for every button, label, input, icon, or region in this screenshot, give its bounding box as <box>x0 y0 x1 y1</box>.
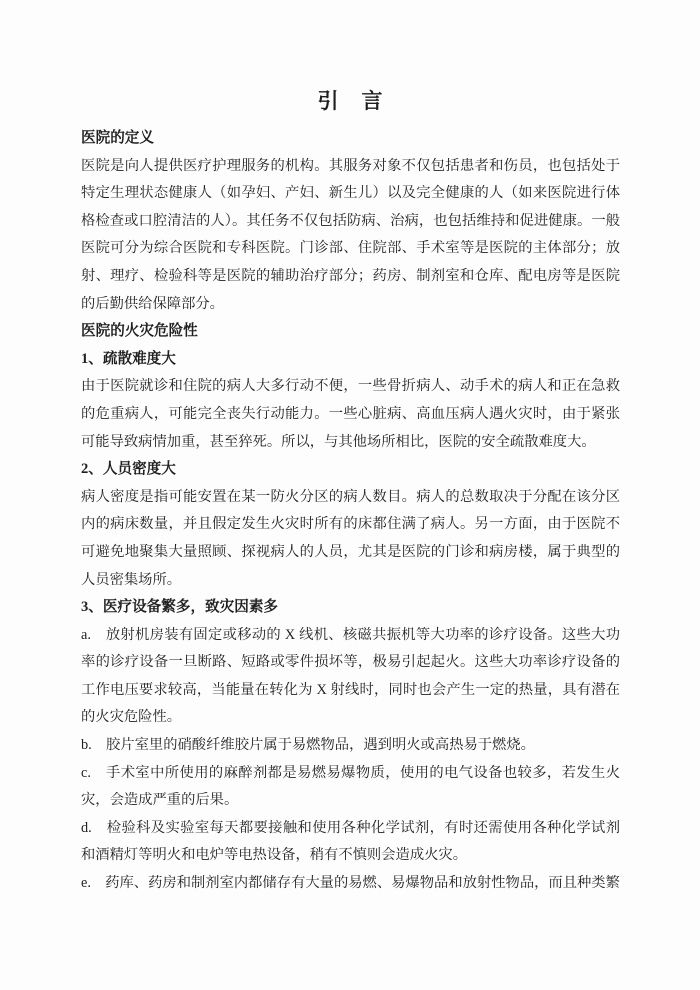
para-item-c: c. 手术室中所使用的麻醉剂都是易燃易爆物质，使用的电气设备也较多，若发生火灾，… <box>81 760 620 815</box>
para-evacuation-difficulty: 由于医院就诊和住院的病人大多行动不便，一些骨折病人、动手术的病人和正在急救的危重… <box>81 373 620 456</box>
document-page: 引 言 医院的定义 医院是向人提供医疗护理服务的机构。其服务对象不仅包括患者和伤… <box>0 0 700 990</box>
heading-hospital-definition: 医院的定义 <box>81 125 620 153</box>
para-item-a: a. 放射机房装有固定或移动的 X 线机、核磁共振机等大功率的诊疗设备。这些大功… <box>81 622 620 732</box>
para-item-b: b. 胶片室里的硝酸纤维胶片属于易燃物品，遇到明火或高热易于燃烧。 <box>81 732 620 760</box>
heading-equipment-factors: 3、医疗设备繁多，致灾因素多 <box>81 594 620 622</box>
para-hospital-definition: 医院是向人提供医疗护理服务的机构。其服务对象不仅包括患者和伤员，也包括处于特定生… <box>81 153 620 319</box>
para-item-d: d. 检验科及实验室每天都要接触和使用各种化学试剂，有时还需使用各种化学试剂和酒… <box>81 815 620 870</box>
heading-fire-risk: 医院的火灾危险性 <box>81 318 620 346</box>
para-item-e: e. 药库、药房和制剂室内都储存有大量的易燃、易爆物品和放射性物品，而且种类繁 <box>81 870 620 898</box>
para-occupant-density: 病人密度是指可能安置在某一防火分区的病人数目。病人的总数取决于分配在该分区内的病… <box>81 484 620 594</box>
heading-occupant-density: 2、人员密度大 <box>81 456 620 484</box>
heading-evacuation-difficulty: 1、疏散难度大 <box>81 346 620 374</box>
doc-title: 引 言 <box>81 86 620 116</box>
